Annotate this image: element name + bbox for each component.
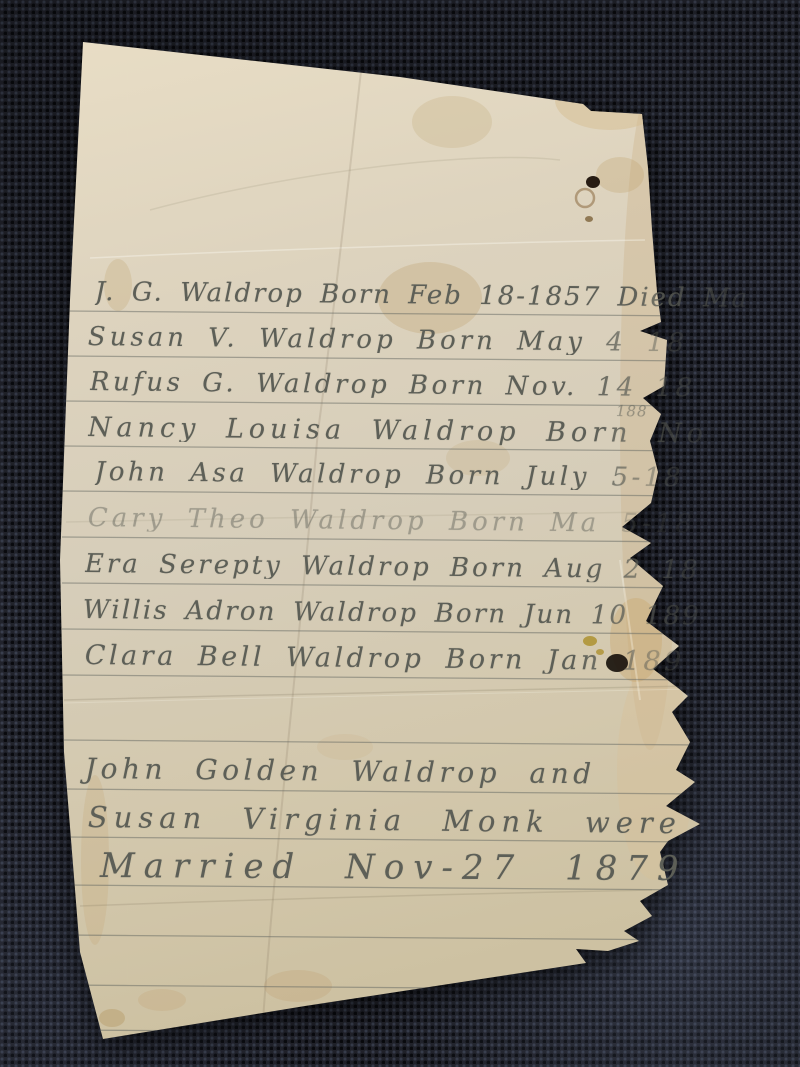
marriage-line: Married Nov-27 1879 — [100, 849, 688, 886]
marriage-line: John Golden Waldrop and — [85, 755, 596, 788]
year-fragment: 188 — [616, 404, 648, 419]
photo-of-document: J. G. Waldrop Born Feb 18-1857 Died Ma S… — [0, 0, 800, 1067]
marriage-line: Susan Virginia Monk were — [88, 803, 682, 838]
paper-hole — [586, 176, 600, 188]
